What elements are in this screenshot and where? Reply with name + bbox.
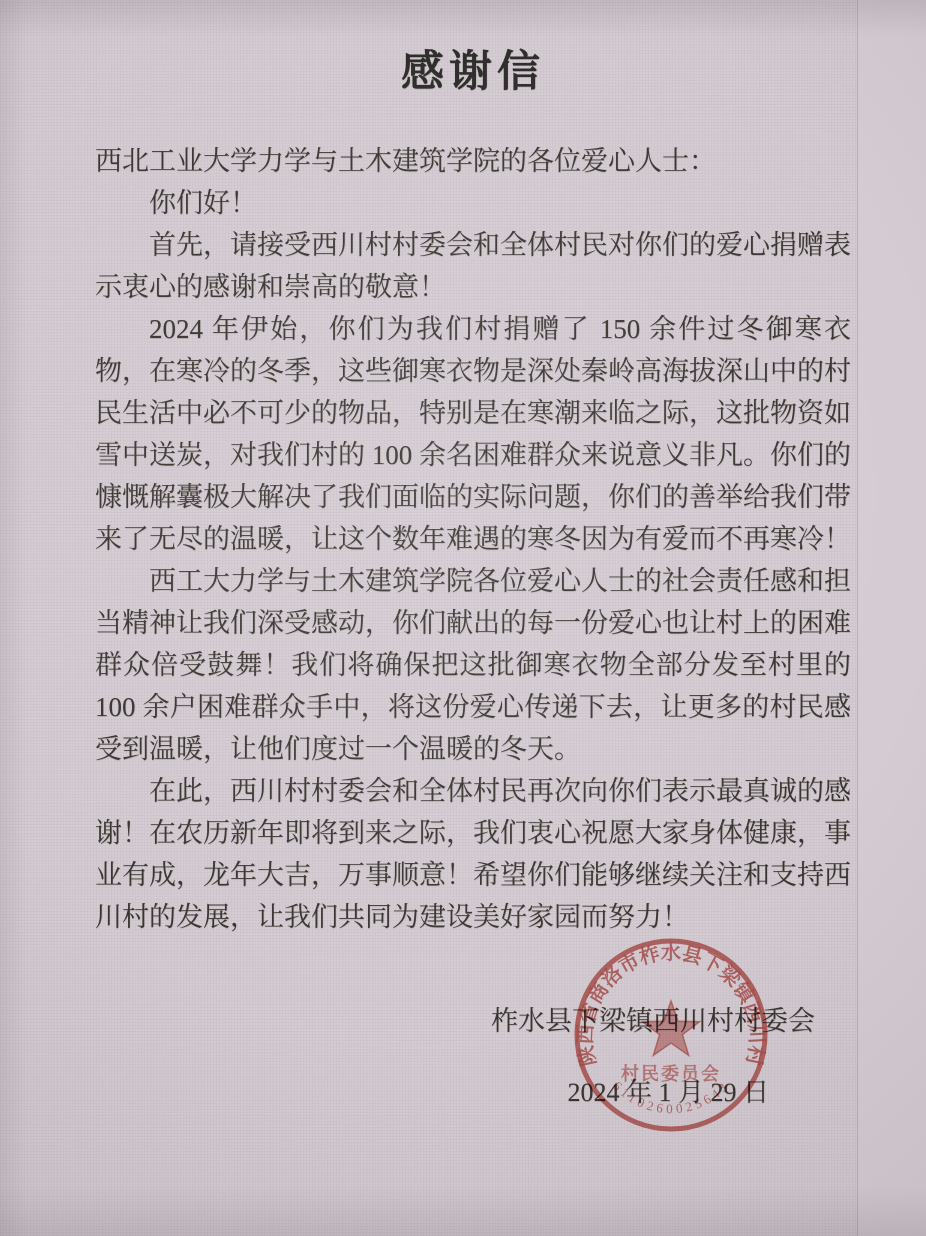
greeting-line: 你们好！ [95,182,851,224]
photographed-letter: 感谢信 西北工业大学力学与土木建筑学院的各位爱心人士： 你们好！ 首先，请接受西… [0,0,926,1236]
letter-content: 感谢信 西北工业大学力学与土木建筑学院的各位爱心人士： 你们好！ 首先，请接受西… [95,48,851,1114]
salutation: 西北工业大学力学与土木建筑学院的各位爱心人士： [95,140,851,182]
letter-title: 感谢信 [95,48,851,96]
signature-line: 柞水县下梁镇西川村村委会 [95,1000,851,1042]
date-line: 2024 年 1 月 29 日 [95,1072,851,1114]
paragraph-1: 首先，请接受西川村村委会和全体村民对你们的爱心捐赠表示衷心的感谢和崇高的敬意！ [95,224,851,308]
paragraph-4: 在此，西川村村委会和全体村民再次向你们表示最真诚的感谢！在农历新年即将到来之际，… [95,770,851,938]
paragraph-2: 2024 年伊始，你们为我们村捐赠了 150 余件过冬御寒衣物，在寒冷的冬季，这… [95,308,851,560]
paragraph-3: 西工大力学与土木建筑学院各位爱心人士的社会责任感和担当精神让我们深受感动，你们献… [95,560,851,770]
